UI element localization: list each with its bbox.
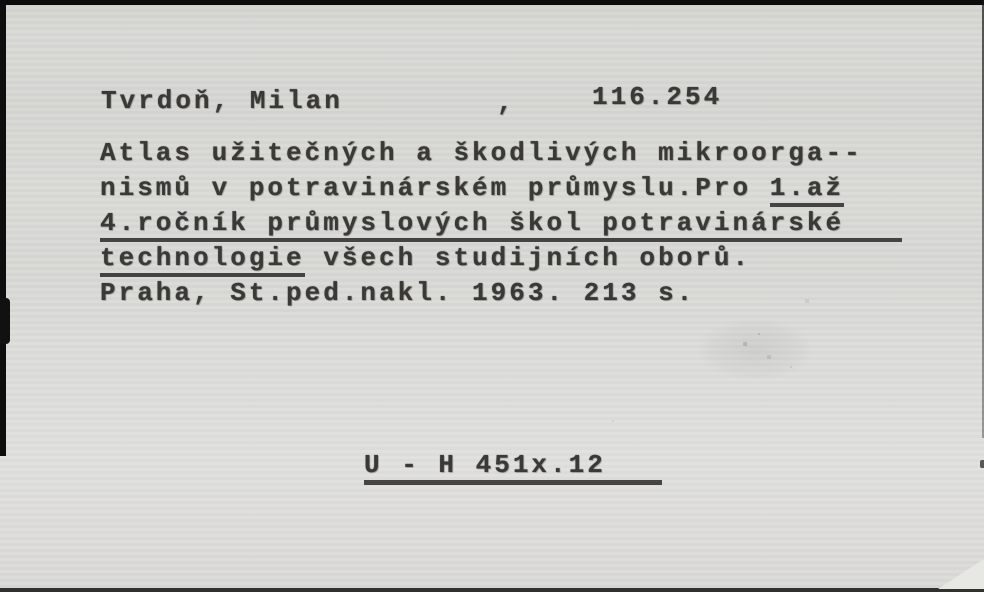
underlined-series-text: 1.až (770, 173, 844, 207)
scan-edge-right-speck (980, 460, 984, 468)
underlined-series-text: technologie (100, 243, 305, 277)
scan-edge-top (0, 0, 984, 5)
scan-edge-left-bump (0, 298, 10, 344)
title-line-2: nismů v potravinárském průmyslu.Pro 1.až (100, 171, 902, 206)
scan-edge-bottom (0, 588, 984, 592)
accession-number: 116.254 (592, 82, 722, 112)
call-number-line: U - H 451x.12 (364, 450, 662, 480)
bibliographic-description: Atlas užitečných a škodlivých mikroorga-… (100, 136, 902, 311)
imprint-text: Praha, St.ped.nakl. 1963. 213 s. (100, 278, 695, 308)
title-text: všech studijních oborů. (305, 243, 751, 273)
call-number: U - H 451x.12 (364, 450, 662, 485)
imprint-line: Praha, St.ped.nakl. 1963. 213 s. (100, 276, 902, 311)
author-name: Tvrdoň, Milan (101, 86, 343, 116)
catalog-card: Tvrdoň, Milan , 116.254 Atlas užitečných… (0, 0, 984, 592)
title-text: Atlas užitečných a škodlivých mikroorga-… (100, 138, 863, 168)
smudge-mark (700, 320, 810, 380)
scan-edge-left (0, 0, 6, 456)
underlined-series-text: 4.ročník průmyslových škol potravinárské (100, 208, 902, 242)
title-line-4: technologie všech studijních oborů. (100, 241, 902, 276)
title-line-1: Atlas užitečných a škodlivých mikroorga-… (100, 136, 902, 171)
title-text: nismů v potravinárském průmyslu.Pro (100, 173, 770, 203)
card-corner-cut (938, 559, 984, 589)
title-line-3: 4.ročník průmyslových škol potravinárské (100, 206, 902, 241)
stray-comma-mark: , (497, 88, 516, 118)
